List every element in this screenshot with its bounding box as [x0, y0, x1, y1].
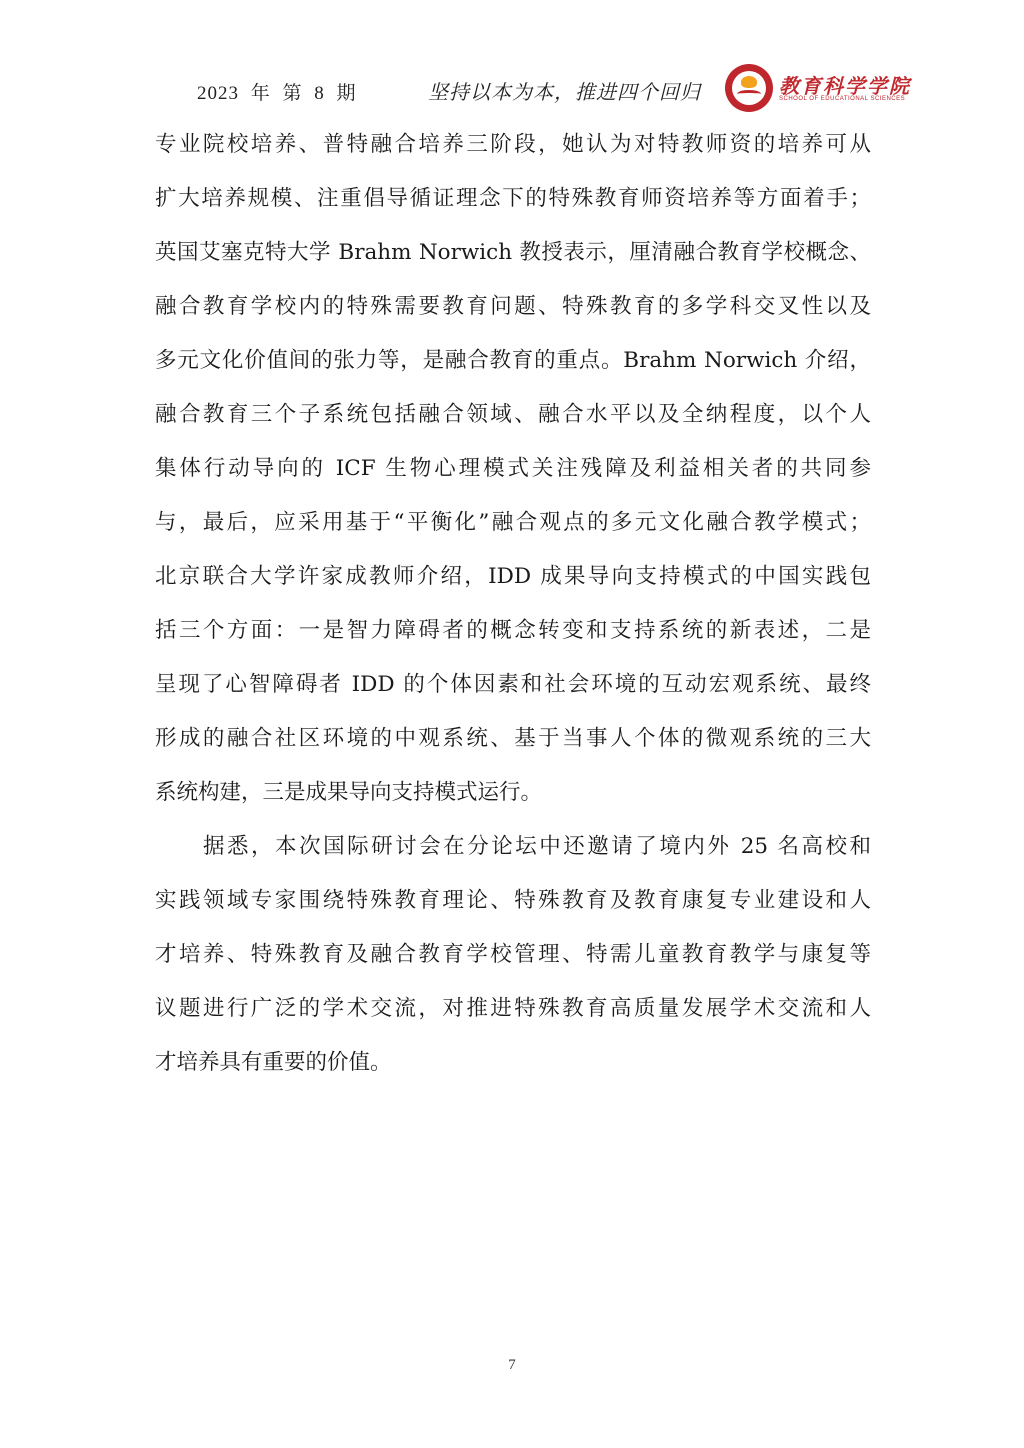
paragraph-1: 专业院校培养、普特融合培养三阶段，她认为对特教师资的培养可从 扩大培养规模、注重… — [155, 128, 871, 830]
text-line: 实践领域专家围绕特殊教育理论、特殊教育及教育康复专业建设和人 — [155, 884, 871, 938]
text-line: 融合教育三个子系统包括融合领域、融合水平以及全纳程度，以个人 — [155, 398, 871, 452]
text-line: 才培养、特殊教育及融合教育学校管理、特需儿童教育教学与康复等 — [155, 938, 871, 992]
page-number: 7 — [0, 1357, 1024, 1374]
text-line: 集体行动导向的 ICF 生物心理模式关注残障及利益相关者的共同参 — [155, 452, 871, 506]
text-line: 系统构建，三是成果导向支持模式运行。 — [155, 776, 871, 830]
issue-label: 2023 年 第 8 期 — [197, 78, 357, 105]
logo-subtitle: SCHOOL OF EDUCATIONAL SCIENCES — [779, 96, 905, 102]
text-line: 形成的融合社区环境的中观系统、基于当事人个体的微观系统的三大 — [155, 722, 871, 776]
text-line: 与，最后，应采用基于“平衡化”融合观点的多元文化融合教学模式； — [155, 506, 871, 560]
text-line: 呈现了心智障碍者 IDD 的个体因素和社会环境的互动宏观系统、最终 — [155, 668, 871, 722]
text-line: 据悉，本次国际研讨会在分论坛中还邀请了境内外 25 名高校和 — [155, 830, 871, 884]
text-line: 议题进行广泛的学术交流，对推进特殊教育高质量发展学术交流和人 — [155, 992, 871, 1046]
page-header: 2023 年 第 8 期 坚持以本为本，推进四个回归 教育科学学院 SCHOOL… — [0, 70, 1024, 114]
logo-title: 教育科学学院 — [779, 70, 911, 99]
text-line: 英国艾塞克特大学 Brahm Norwich 教授表示，厘清融合教育学校概念、 — [155, 236, 871, 290]
text-line: 多元文化价值间的张力等，是融合教育的重点。Brahm Norwich 介绍， — [155, 344, 871, 398]
text-line: 括三个方面：一是智力障碍者的概念转变和支持系统的新表述，二是 — [155, 614, 871, 668]
article-body: 专业院校培养、普特融合培养三阶段，她认为对特教师资的培养可从 扩大培养规模、注重… — [155, 128, 871, 1100]
text-line: 才培养具有重要的价值。 — [155, 1046, 871, 1100]
header-motto: 坚持以本为本，推进四个回归 — [428, 76, 701, 105]
school-logo: 教育科学学院 SCHOOL OF EDUCATIONAL SCIENCES — [725, 64, 905, 116]
paragraph-2: 据悉，本次国际研讨会在分论坛中还邀请了境内外 25 名高校和 实践领域专家围绕特… — [155, 830, 871, 1100]
text-line: 专业院校培养、普特融合培养三阶段，她认为对特教师资的培养可从 — [155, 128, 871, 182]
text-line: 北京联合大学许家成教师介绍，IDD 成果导向支持模式的中国实践包 — [155, 560, 871, 614]
text-line: 融合教育学校内的特殊需要教育问题、特殊教育的多学科交叉性以及 — [155, 290, 871, 344]
text-line: 扩大培养规模、注重倡导循证理念下的特殊教育师资培养等方面着手； — [155, 182, 871, 236]
school-emblem-icon — [725, 64, 773, 112]
